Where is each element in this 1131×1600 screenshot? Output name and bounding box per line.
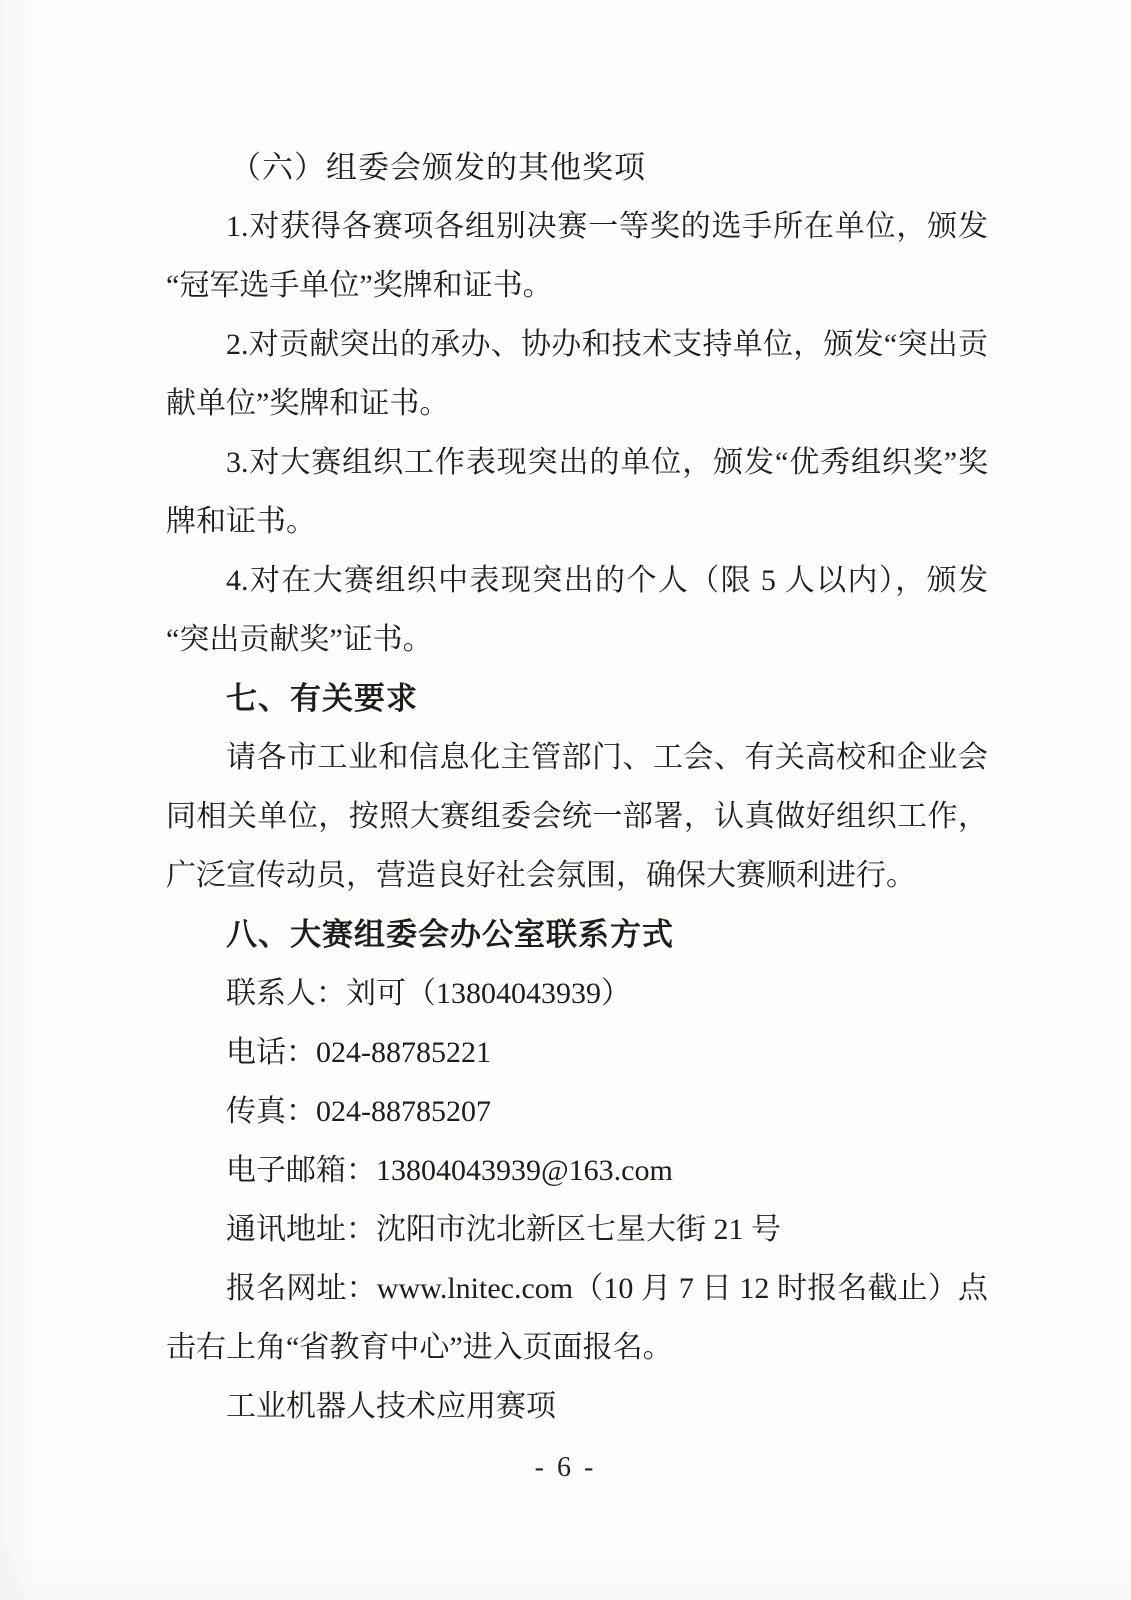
- event-title-line: 工业机器人技术应用赛项: [166, 1377, 988, 1436]
- section-heading-6: （六）组委会颁发的其他奖项: [166, 138, 988, 197]
- page-number: - 6 -: [0, 1452, 1131, 1484]
- document-body: （六）组委会颁发的其他奖项 1.对获得各赛项各组别决赛一等奖的选手所在单位，颁发…: [166, 138, 988, 1436]
- award-item-3: 3.对大赛组织工作表现突出的单位，颁发“优秀组织奖”奖牌和证书。: [166, 433, 988, 551]
- award-item-1: 1.对获得各赛项各组别决赛一等奖的选手所在单位，颁发“冠军选手单位”奖牌和证书。: [166, 197, 988, 315]
- contact-email-line: 电子邮箱：13804043939@163.com: [166, 1141, 988, 1200]
- contact-fax-line: 传真：024-88785207: [166, 1082, 988, 1141]
- section-heading-7: 七、有关要求: [166, 669, 988, 728]
- award-item-2: 2.对贡献突出的承办、协办和技术支持单位，颁发“突出贡献单位”奖牌和证书。: [166, 315, 988, 433]
- contact-phone-line: 电话：024-88785221: [166, 1023, 988, 1082]
- award-item-4: 4.对在大赛组织中表现突出的个人（限 5 人以内），颁发“突出贡献奖”证书。: [166, 551, 988, 669]
- document-page: （六）组委会颁发的其他奖项 1.对获得各赛项各组别决赛一等奖的选手所在单位，颁发…: [0, 0, 1131, 1600]
- section-heading-8: 八、大赛组委会办公室联系方式: [166, 905, 988, 964]
- contact-person-line: 联系人：刘可（13804043939）: [166, 964, 988, 1023]
- contact-address-line: 通讯地址：沈阳市沈北新区七星大街 21 号: [166, 1200, 988, 1259]
- requirements-paragraph: 请各市工业和信息化主管部门、工会、有关高校和企业会同相关单位，按照大赛组委会统一…: [166, 728, 988, 905]
- registration-info-line: 报名网址：www.lnitec.com（10 月 7 日 12 时报名截止）点击…: [166, 1259, 988, 1377]
